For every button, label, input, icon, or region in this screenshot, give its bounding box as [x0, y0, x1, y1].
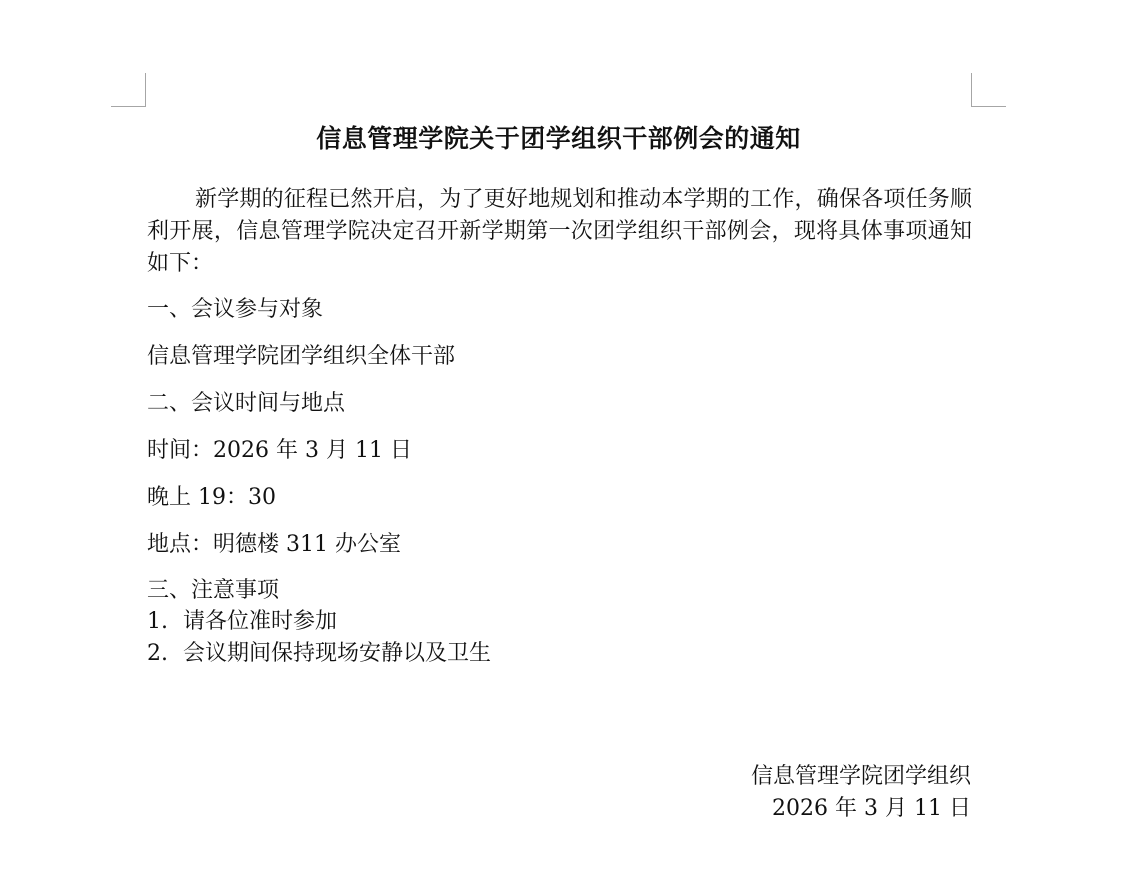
list-text: 会议期间保持现场安静以及卫生: [183, 641, 491, 666]
meeting-location: 地点：明德楼 311 办公室: [147, 529, 401, 561]
list-item: 1.请各位准时参加: [147, 606, 337, 638]
meeting-date: 时间：2026 年 3 月 11 日: [147, 435, 412, 467]
document-title: 信息管理学院关于团学组织干部例会的通知: [146, 120, 971, 158]
section-heading-notes: 三、注意事项: [147, 575, 279, 607]
list-item: 2.会议期间保持现场安静以及卫生: [147, 638, 491, 670]
intro-paragraph: 新学期的征程已然开启，为了更好地规划和推动本学期的工作，确保各项任务顺利开展，信…: [147, 184, 972, 280]
signature-date: 2026 年 3 月 11 日: [772, 793, 971, 825]
list-text: 请各位准时参加: [183, 609, 337, 634]
list-number: 2.: [147, 638, 183, 670]
list-number: 1.: [147, 606, 183, 638]
participants-text: 信息管理学院团学组织全体干部: [147, 341, 455, 373]
section-heading-time-place: 二、会议时间与地点: [147, 388, 345, 420]
meeting-time: 晚上 19：30: [147, 482, 276, 514]
section-heading-participants: 一、会议参与对象: [147, 294, 323, 326]
top-right-margin-mark: [971, 73, 1006, 107]
document-page: 信息管理学院关于团学组织干部例会的通知 新学期的征程已然开启，为了更好地规划和推…: [0, 0, 1139, 892]
top-left-margin-mark: [111, 73, 146, 107]
signature-organization: 信息管理学院团学组织: [751, 761, 971, 793]
